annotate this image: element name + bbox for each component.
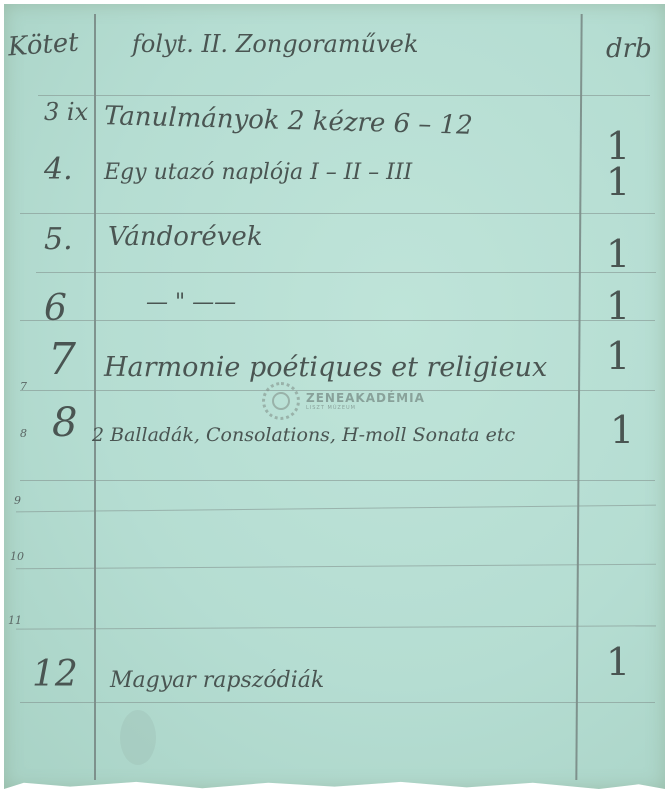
watermark-name: ZENEAKADÉMIA — [306, 391, 425, 405]
zeneakademia-logo-icon — [262, 382, 300, 420]
volume-column-header: Kötet — [7, 28, 80, 63]
row-title: Vándorévek — [108, 222, 263, 252]
row-volume: 5. — [44, 222, 73, 257]
row-title: Egy utazó naplója I – II – III — [104, 160, 412, 185]
row-quantity: 1 — [606, 284, 630, 328]
row-volume: 6 — [44, 288, 67, 329]
row-volume: 7 — [48, 334, 76, 385]
header-rule — [38, 95, 650, 96]
row-quantity: 1 — [610, 408, 634, 452]
watermark-subtitle: LISZT MÚZEUM — [306, 405, 425, 411]
row-title: Magyar rapszódiák — [110, 668, 324, 693]
row-quantity: 1 — [606, 160, 630, 204]
row-title: — " —— — [146, 290, 236, 315]
row-rule — [20, 320, 655, 321]
page-title: folyt. II. Zongoraművek — [132, 30, 418, 58]
margin-line-number: 9 — [14, 494, 21, 507]
row-volume: 8 — [52, 400, 77, 446]
margin-line-number: 11 — [8, 614, 22, 627]
row-quantity: 1 — [606, 232, 630, 276]
row-rule — [36, 272, 656, 273]
row-volume: 3 ix — [44, 98, 88, 126]
row-quantity: 1 — [606, 334, 630, 378]
left-column-rule — [94, 14, 96, 780]
margin-line-number: 7 — [20, 380, 27, 393]
row-title: Harmonie poétiques et religieux — [104, 352, 547, 383]
margin-line-number: 10 — [10, 550, 24, 563]
row-title: 2 Balladák, Consolations, H-moll Sonata … — [92, 424, 515, 446]
row-rule — [20, 213, 655, 214]
row-rule — [20, 480, 655, 481]
row-quantity: 1 — [606, 640, 630, 684]
watermark: ZENEAKADÉMIA LISZT MÚZEUM — [262, 382, 425, 420]
row-volume: 12 — [32, 654, 78, 695]
margin-line-number: 8 — [20, 427, 27, 440]
paper-stain — [120, 710, 156, 765]
quantity-column-header: drb — [606, 34, 652, 64]
row-rule — [20, 702, 655, 703]
row-volume: 4. — [44, 152, 73, 187]
